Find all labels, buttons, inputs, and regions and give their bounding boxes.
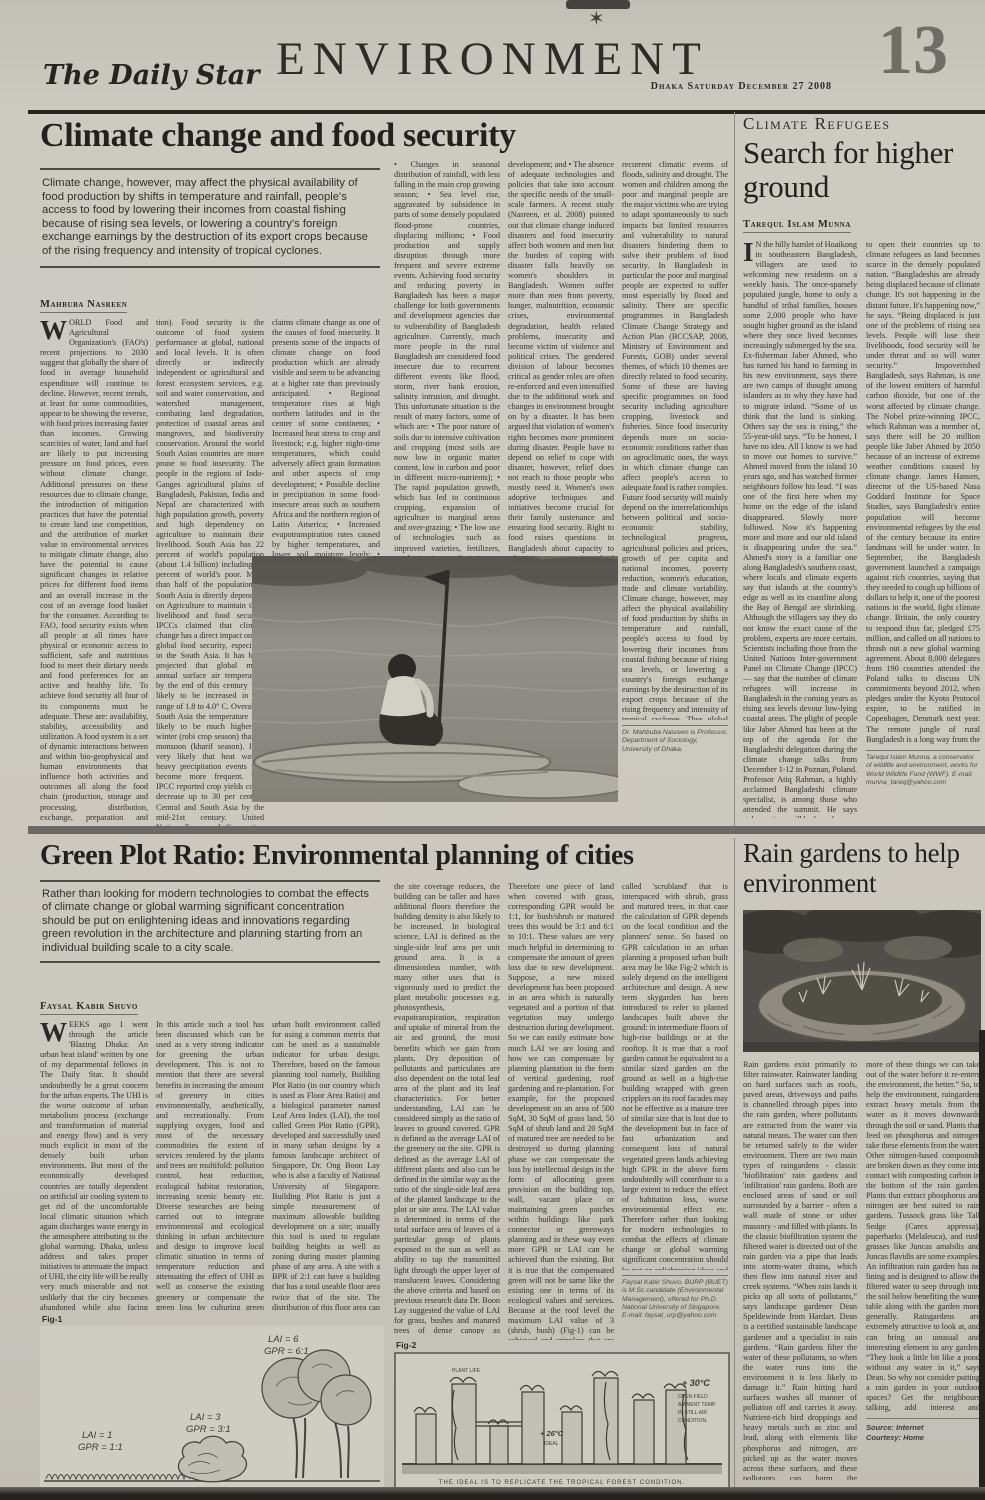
article-climate-refugees: Climate Refugees Search for higher groun… xyxy=(734,112,980,828)
article-green-plot-ratio: Green Plot Ratio: Environmental planning… xyxy=(38,838,730,1496)
a3-col4: the site coverage reduces, the building … xyxy=(394,882,500,1334)
page-number: 13 xyxy=(878,16,948,86)
a1-byline-name: Mahbuba Nasreen xyxy=(40,299,127,313)
fig2-note-line1: OPEN FIELD xyxy=(678,1394,708,1400)
a4-headline: Rain gardens to help environment xyxy=(743,838,981,898)
a4-col1: Rain gardens exist primarily to filter r… xyxy=(743,1060,857,1480)
a1-col6: recurrent climatic events of floods, sal… xyxy=(622,160,728,720)
rain-garden-photo xyxy=(743,910,981,1052)
fig2-area: + 30°C OPEN FIELD AMBIENT TEMP. IN STILL… xyxy=(394,1352,730,1492)
fig1-gpr6-label: GPR = 6:1 xyxy=(264,1346,309,1357)
a3-columns-right: the site coverage reduces, the building … xyxy=(394,882,730,1340)
fig2-note-line2: AMBIENT TEMP. xyxy=(678,1402,716,1408)
fig1-sketch: LAI = 1 GPR = 1:1 LAI = 3 GPR = 3:1 LAI … xyxy=(40,1326,384,1492)
a1-photo xyxy=(252,556,618,802)
fig2-note-line4: CONDITION. xyxy=(678,1418,707,1424)
fig2-temp-open: + 30°C xyxy=(682,1378,710,1388)
a3-col5: Therefore one piece of land when covered… xyxy=(508,882,614,1340)
article-climate-food: Climate change and food security Climate… xyxy=(38,118,730,830)
fig1-lai3-label: LAI = 3 xyxy=(190,1412,221,1423)
section-ornament-icon: ✶ xyxy=(588,6,605,31)
a1-lead: Climate change, however, may affect the … xyxy=(40,168,380,268)
a3-col6-wrap: called 'scrubland' that is interspaced w… xyxy=(622,882,728,1340)
a2-byline-name: Tarequl Islam Munna xyxy=(743,219,851,233)
a3-byline-name: Faysal Kabir Shuvo xyxy=(40,1001,138,1015)
fig2-temp-ideal: + 26°C xyxy=(540,1429,564,1438)
a3-columns-left: WEEKS ago I went through the article 'Bl… xyxy=(40,1020,380,1310)
a3-dropcap: W xyxy=(40,1020,69,1043)
scan-edge-right xyxy=(979,1030,985,1500)
fig2-ideal-label: IDEAL xyxy=(544,1441,559,1447)
a4-col2-wrap: more of these things we can take out of … xyxy=(866,1060,980,1480)
a2-col1: IN the hilly hamlet of Hoaikong in south… xyxy=(743,240,857,818)
a4-source-block: Source: Internet Courtesy: Home xyxy=(866,1418,980,1442)
section-title: ENVIRONMENT xyxy=(35,32,950,86)
fig2-plant-label: PLANT LIFE xyxy=(452,1368,481,1374)
fig1-lai6-label: LAI = 6 xyxy=(268,1334,299,1345)
flood-photo xyxy=(252,556,618,802)
fig1-gpr3-label: GPR = 3:1 xyxy=(186,1424,231,1435)
a3-headline: Green Plot Ratio: Environmental planning… xyxy=(40,840,730,872)
a2-author-bio: Tarequl Islam Munna, a conservator of wi… xyxy=(866,750,980,787)
a1-headline: Climate change and food security xyxy=(40,118,720,154)
section-divider xyxy=(28,826,985,834)
a2-kicker: Climate Refugees xyxy=(743,114,891,134)
a3-col6: called 'scrubland' that is interspaced w… xyxy=(622,882,728,1270)
a1-col1: WORLD Food and Agricultural Organization… xyxy=(40,318,148,830)
masthead: The Daily Star ✶ ENVIRONMENT Dhaka Satur… xyxy=(35,28,950,108)
a2-dropcap: I xyxy=(743,240,755,263)
a3-col1-text: EEKS ago I went through the article 'Bla… xyxy=(40,1020,148,1310)
fig1-area: LAI = 1 GPR = 1:1 LAI = 3 GPR = 3:1 LAI … xyxy=(40,1326,384,1492)
a3-author-bio: Faysal Kabir Shuvo, BURP (BUET) is M.Sc … xyxy=(622,1275,728,1320)
a2-headline: Search for higher ground xyxy=(743,136,979,204)
fig2-caption: THE IDEAL IS TO REPLICATE THE TROPICAL F… xyxy=(439,1480,685,1486)
fig1-lai1-label: LAI = 1 xyxy=(82,1430,112,1441)
a1-col1-text: ORLD Food and Agricultural Organization'… xyxy=(40,318,148,830)
a3-byline: Faysal Kabir Shuvo xyxy=(40,996,138,1014)
article-rain-gardens: Rain gardens to help environment xyxy=(734,838,980,1496)
a3-col3: urban built environment called for using… xyxy=(272,1020,380,1310)
a2-col2-wrap: to open their countries up to climate re… xyxy=(866,240,980,818)
a4-photo xyxy=(743,910,981,1052)
newspaper-page: The Daily Star ✶ ENVIRONMENT Dhaka Satur… xyxy=(0,0,985,1500)
a2-byline: Tarequl Islam Munna xyxy=(743,214,851,232)
a4-columns: Rain gardens exist primarily to filter r… xyxy=(743,1060,980,1480)
a3-col2: In this article such a tool has been dis… xyxy=(156,1020,264,1310)
a1-col5: development; and • The absence of adequa… xyxy=(508,160,614,560)
fig2-label: Fig-2 xyxy=(396,1340,416,1350)
a4-courtesy: Courtesy: Home xyxy=(866,1433,980,1443)
a4-source: Source: Internet xyxy=(866,1423,980,1433)
a1-col3: claims climate change as one of the caus… xyxy=(272,318,380,558)
a4-col2: more of these things we can take out of … xyxy=(866,1060,980,1412)
fig2-sketch: + 30°C OPEN FIELD AMBIENT TEMP. IN STILL… xyxy=(394,1352,730,1492)
a1-byline: Mahbuba Nasreen xyxy=(40,294,127,312)
dateline: Dhaka Saturday December 27 2008 xyxy=(651,81,832,92)
a1-col6-wrap: recurrent climatic events of floods, sal… xyxy=(622,160,728,828)
a1-col2: tion). Food security is the outcome of f… xyxy=(156,318,264,830)
scan-edge-bottom xyxy=(0,1487,985,1500)
a2-col1-text: N the hilly hamlet of Hoaikong in southe… xyxy=(743,240,857,818)
a1-dropcap: W xyxy=(40,318,69,341)
a1-col4: • Changes in seasonal distribution of ra… xyxy=(394,160,500,556)
a3-lead: Rather than looking for modern technolog… xyxy=(40,880,380,963)
a2-col2: to open their countries up to climate re… xyxy=(866,240,980,745)
a3-col1: WEEKS ago I went through the article 'Bl… xyxy=(40,1020,148,1310)
a2-columns: IN the hilly hamlet of Hoaikong in south… xyxy=(743,240,980,818)
fig1-label: Fig-1 xyxy=(42,1314,62,1324)
fig1-gpr1-label: GPR = 1:1 xyxy=(78,1442,123,1453)
fig2-note-line3: IN STILL AIR xyxy=(678,1410,707,1416)
a1-author-bio: Dr. Mahbuba Nasreen is Professor, Depart… xyxy=(622,725,728,754)
